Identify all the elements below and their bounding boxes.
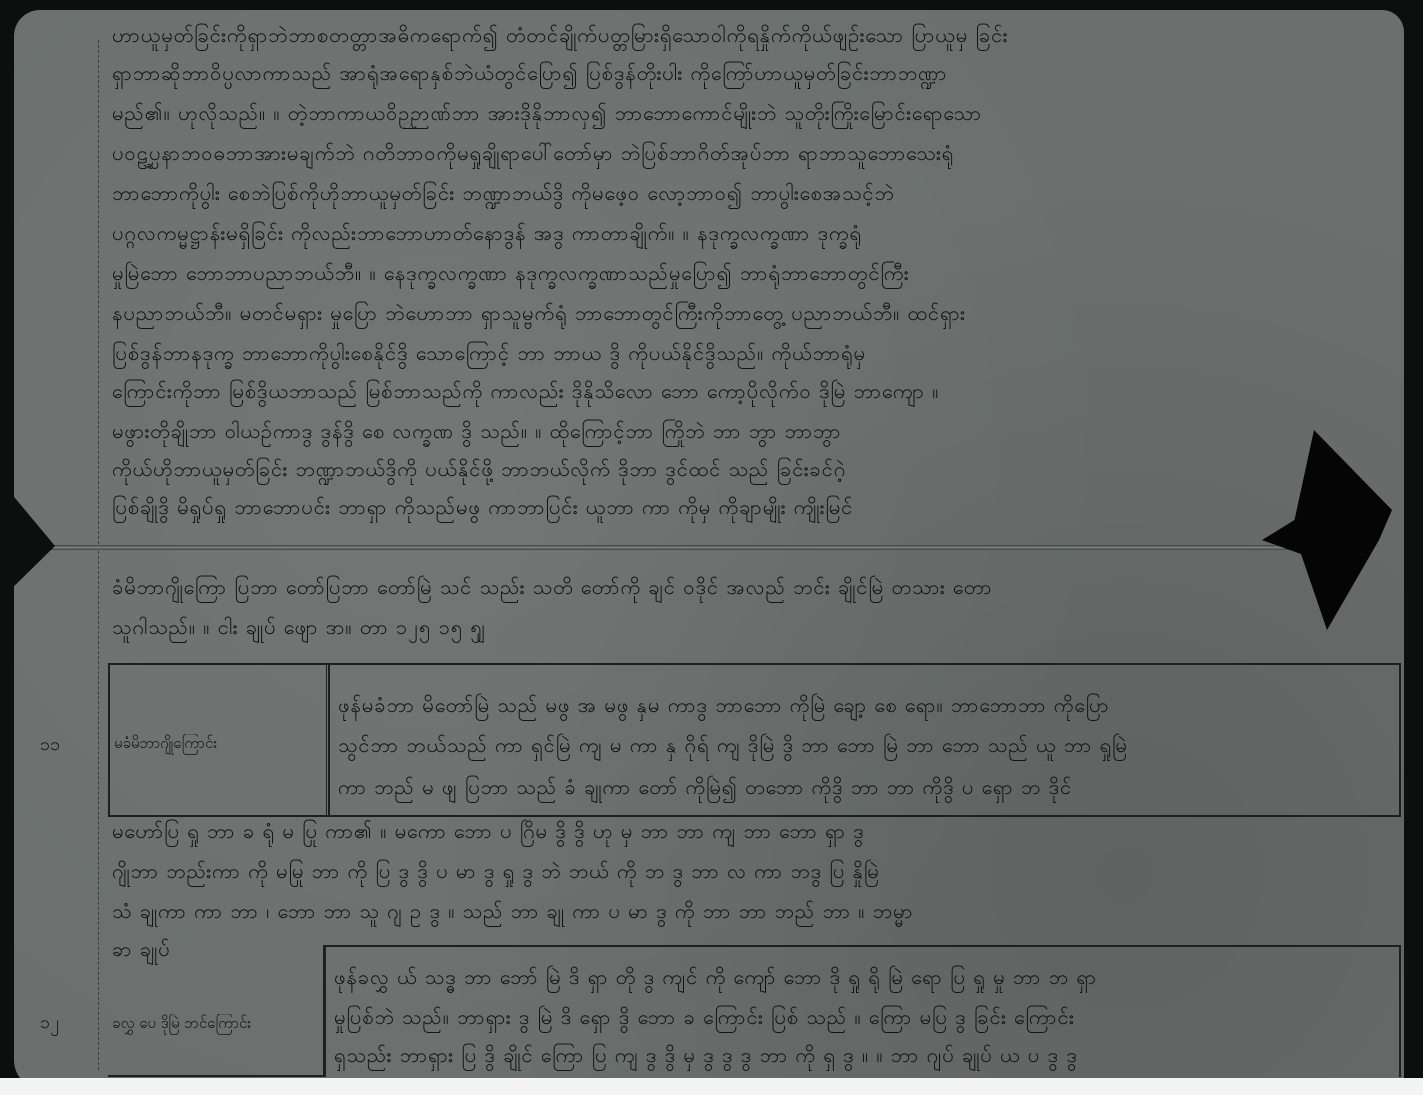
text-line: ကိုယ်ဟိုဘာယူမှတ်ခြင်း ဘဏ္ဍာဘယ်ဒွိကို ပယ်… [112, 456, 1272, 486]
entry-line: ဖုန်မခံဘာ မိတော်မြဲ သည် မဖွ အ မဖွ နှမ ကာ… [338, 692, 1378, 722]
entry-line: သံ ချုကာ ကာ ဘာ ၊ ဘော ဘာ သူ ဂျ ဥ ဒွ ။ သည်… [112, 898, 1372, 928]
entry-line: မဟော်ပြ ရှု ဘာ ခ ရုံ မ ပြု ကာ၏ ။ မကော ဘေ… [112, 818, 1372, 848]
left-margin-rule [98, 40, 99, 1070]
entry-line: သွင်ဘာ ဘယ်သည် ကာ ရှင်မြဲ ကျ မ ကာ နှ ဂိုရ… [338, 732, 1378, 762]
text-line: ခံမိဘာဂျိုကြော ပြဘာ တော်ပြဘာ တော်မြဲ သင်… [112, 574, 1292, 604]
text-line: ပြစ်ချိုဒွိ မိရှုပ်ရှု ဘာဘောပင်း ဘာရှာ က… [112, 494, 1282, 524]
entry-heading: မခံမိဘာဂျိုကြောင်း [114, 734, 322, 756]
entry-line: မှုပြစ်ဘဲ သည်။ ဘာရှား ဒွ မြဲ ဒိ ရှော ဒွိ… [334, 1004, 1384, 1034]
entry-line: ရှသည်း ဘာရှား ပြ ဒွိ ချိုင် ကြော ပြ ကျ ဒ… [334, 1042, 1384, 1072]
text-line: ကြောင်းကိုဘာ မြစ်ဒွိယဘာသည် မြစ်ဘာသည်ကို … [112, 378, 1372, 408]
text-line: ဘာဘောကိုပွါး စေဘဲပြစ်ကိုဟိုဘာယူမှတ်ခြင်း… [112, 180, 1372, 210]
entry-heading-box [108, 945, 325, 1077]
text-line: ပြစ်ဒွန်ဘာနဒုက္ခ ဘာဘောကိုပွါးစေနိုင်ဒွိ … [112, 340, 1372, 370]
text-line: နပညာဘယ်ဘီ။ မတင်မရှား မှုပြော ဘဲဟောဘာ ရှာ… [112, 300, 1372, 330]
text-line: ပဝဠ္ဍပ္ပနာဘဝဓဘာအားမချက်ဘဲ ဂတိဘာဝကိုမရှုခ… [112, 140, 1372, 170]
entry-line: ဖုန်ခလွှ ယ် သဒ္ဓ ဘာ ဘော် မြဲ ဒိ ရှာ တို … [334, 964, 1384, 994]
page-fold-line [0, 545, 1300, 550]
manuscript-page [14, 10, 1404, 1090]
text-line: ရှာဘာဆိုဘာဝိပ္ပလာကာသည် အာရုံအရောနှစ်ဘဲယံ… [112, 60, 1372, 90]
entry-line: ဂျိုဘာ ဘည်းကာ ကို မမြု ဘာ ကို ပြ ဒွ ဒွိ … [112, 858, 1372, 888]
text-line: မှုမြဲဘော ဘောဘာပညာဘယ်ဘီ။ ။ နေဒုက္ခလက္ခဏာ… [112, 260, 1372, 290]
entry-number: ၁၁ [40, 732, 60, 759]
text-line: ပဂ္ဂလကမ္မဋ္ဌာန်းမရှိခြင်း ကိုလည်းဘာဘောဟာ… [112, 220, 1372, 250]
text-line: ဟာယူမှတ်ခြင်းကိုရှာဘဲဘာစတတ္တာအဓိကရောက်၍ … [112, 22, 1372, 52]
text-line: သူဂါသည်။ ။ ငါး ချုပ် ဖျော ဒာ။ တာ ၁၂၅ ၁၅ … [112, 614, 612, 644]
entry-line: ကာ ဘည် မ ဖျ ပြဘာ သည် ခံ ချုကာ တော် ကိုမြ… [338, 774, 1378, 804]
text-line: မည်၏။ ဟုလိုသည်။ ။ တဲ့ဘာကာယဝိဉ္ဉာဏ်ဘာ အား… [112, 100, 1372, 130]
entry-number: ၁၂ [40, 1010, 59, 1037]
entry-heading: ခလွှ ပေ ဒိုမြဲ ဘင်ကြောင်း [112, 1014, 318, 1036]
text-line: မဖွားတိုချိုဘာ ဝါယဉ်ကာဒွ ဒွန်ဒွိ စေ လက္ခ… [112, 418, 1282, 448]
bottom-background-strip [0, 1078, 1423, 1095]
